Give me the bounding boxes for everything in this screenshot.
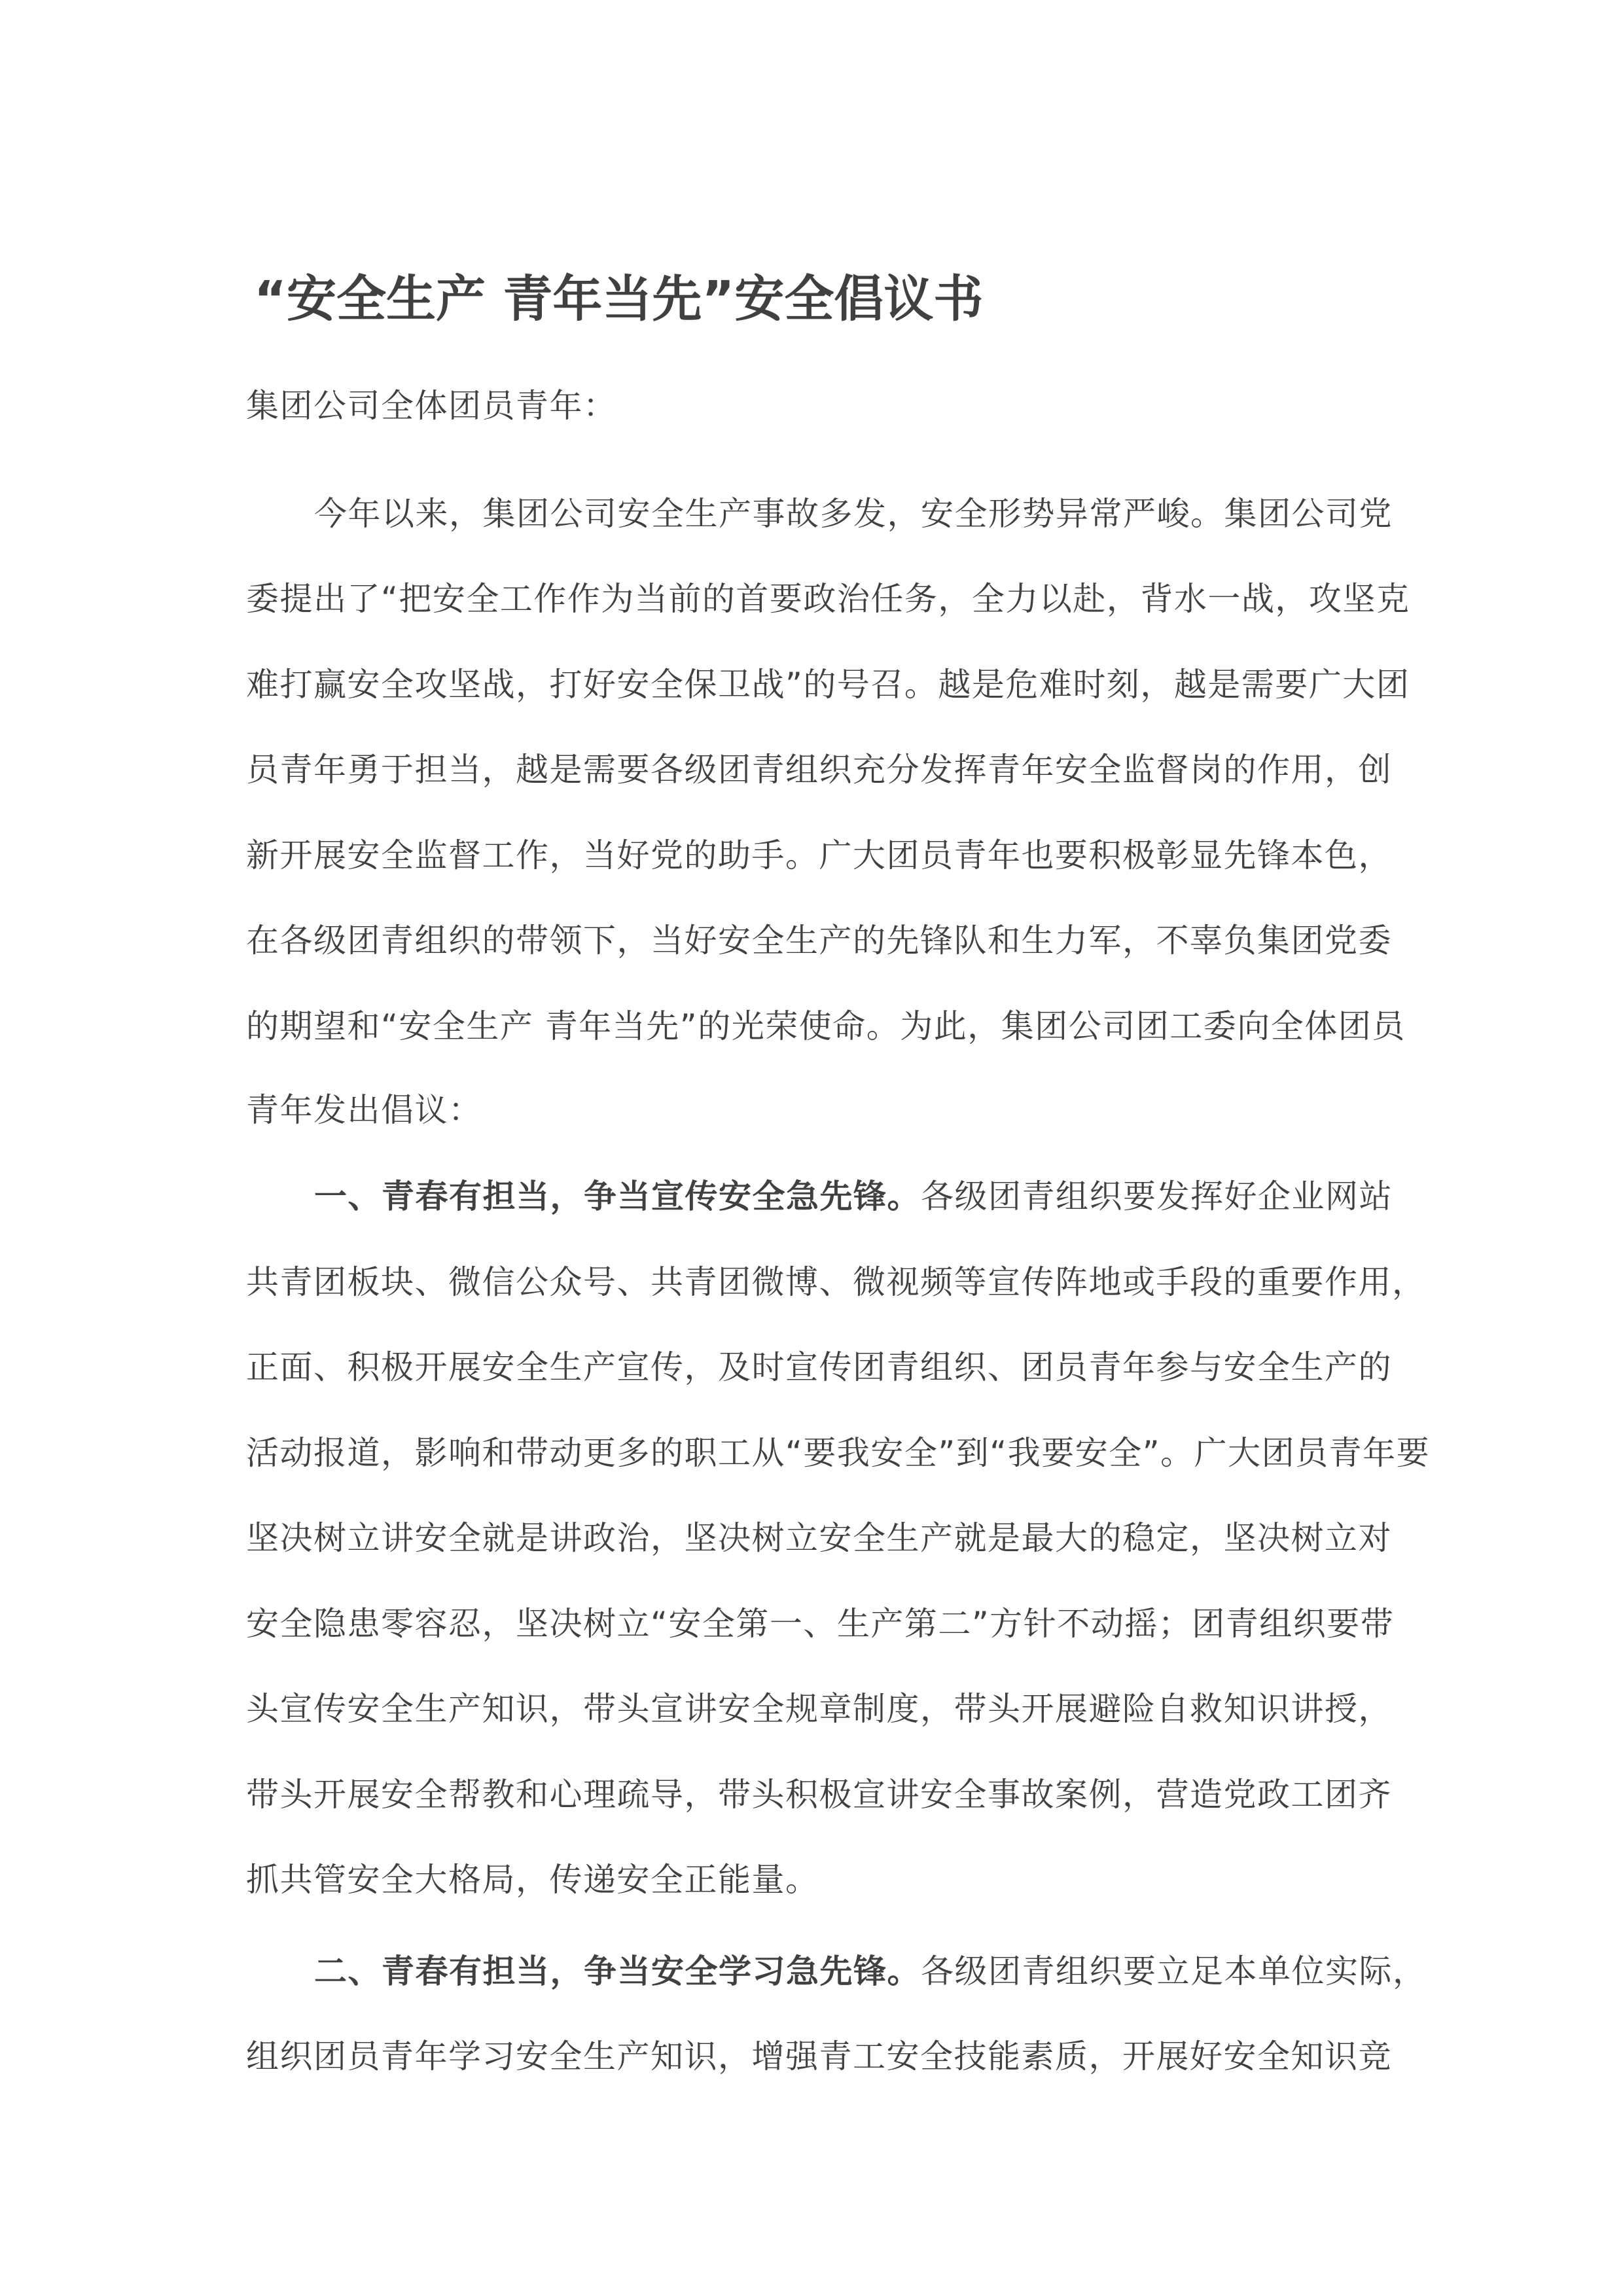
- intro-line: 的期望和“安全生产 青年当先”的光荣使命。为此，集团公司团工委向全体团员: [246, 1005, 1398, 1047]
- intro-line: 新开展安全监督工作，当好党的助手。广大团员青年也要积极彰显先锋本色，: [246, 834, 1398, 876]
- section2-line: 组织团员青年学习安全生产知识，增强青工安全技能素质，开展好安全知识竞: [246, 2036, 1398, 2077]
- section2-first-line: 二、青春有担当，争当安全学习急先锋。各级团青组织要立足本单位实际，: [246, 1950, 1466, 1992]
- section1-line: 共青团板块、微信公众号、共青团微博、微视频等宣传阵地或手段的重要作用，: [246, 1261, 1398, 1303]
- section2-first-line-text: 各级团青组织要立足本单位实际，: [921, 1952, 1427, 1990]
- section1-line: 带头开展安全帮教和心理疏导，带头积极宣讲安全事故案例，营造党政工团齐: [246, 1774, 1398, 1816]
- intro-line: 青年发出倡议：: [246, 1089, 1398, 1131]
- section1-first-line: 一、青春有担当，争当宣传安全急先锋。各级团青组织要发挥好企业网站: [246, 1175, 1466, 1217]
- intro-line: 员青年勇于担当，越是需要各级团青组织充分发挥青年安全监督岗的作用，创: [246, 749, 1398, 791]
- section1-line: 头宣传安全生产知识，带头宣讲安全规章制度，带头开展避险自救知识讲授，: [246, 1688, 1398, 1730]
- section1-heading: 一、青春有担当，争当宣传安全急先锋。: [314, 1177, 921, 1215]
- document-page: “安全生产 青年当先”安全倡议书 集团公司全体团员青年： 今年以来，集团公司安全…: [0, 0, 1623, 2296]
- section1-line: 坚决树立讲安全就是讲政治，坚决树立安全生产就是最大的稳定，坚决树立对: [246, 1517, 1398, 1559]
- intro-line: 委提出了“把安全工作作为当前的首要政治任务，全力以赴，背水一战，攻坚克: [246, 578, 1398, 620]
- section1-line: 安全隐患零容忍，坚决树立“安全第一、生产第二”方针不动摇；团青组织要带: [246, 1603, 1398, 1645]
- section1-line: 抓共管安全大格局，传递安全正能量。: [246, 1859, 1398, 1901]
- section2-heading: 二、青春有担当，争当安全学习急先锋。: [314, 1952, 921, 1990]
- salutation: 集团公司全体团员青年：: [246, 385, 1398, 427]
- intro-line: 在各级团青组织的带领下，当好安全生产的先锋队和生力军，不辜负集团党委: [246, 920, 1398, 961]
- section1-first-line-text: 各级团青组织要发挥好企业网站: [921, 1177, 1393, 1215]
- intro-line: 今年以来，集团公司安全生产事故多发，安全形势异常严峻。集团公司党: [246, 493, 1466, 535]
- document-title: “安全生产 青年当先”安全倡议书: [254, 270, 983, 329]
- section1-line: 活动报道，影响和带动更多的职工从“要我安全”到“我要安全”。广大团员青年要: [246, 1432, 1398, 1474]
- section1-line: 正面、积极开展安全生产宣传，及时宣传团青组织、团员青年参与安全生产的: [246, 1346, 1398, 1388]
- intro-line: 难打赢安全攻坚战，打好安全保卫战”的号召。越是危难时刻，越是需要广大团: [246, 664, 1398, 706]
